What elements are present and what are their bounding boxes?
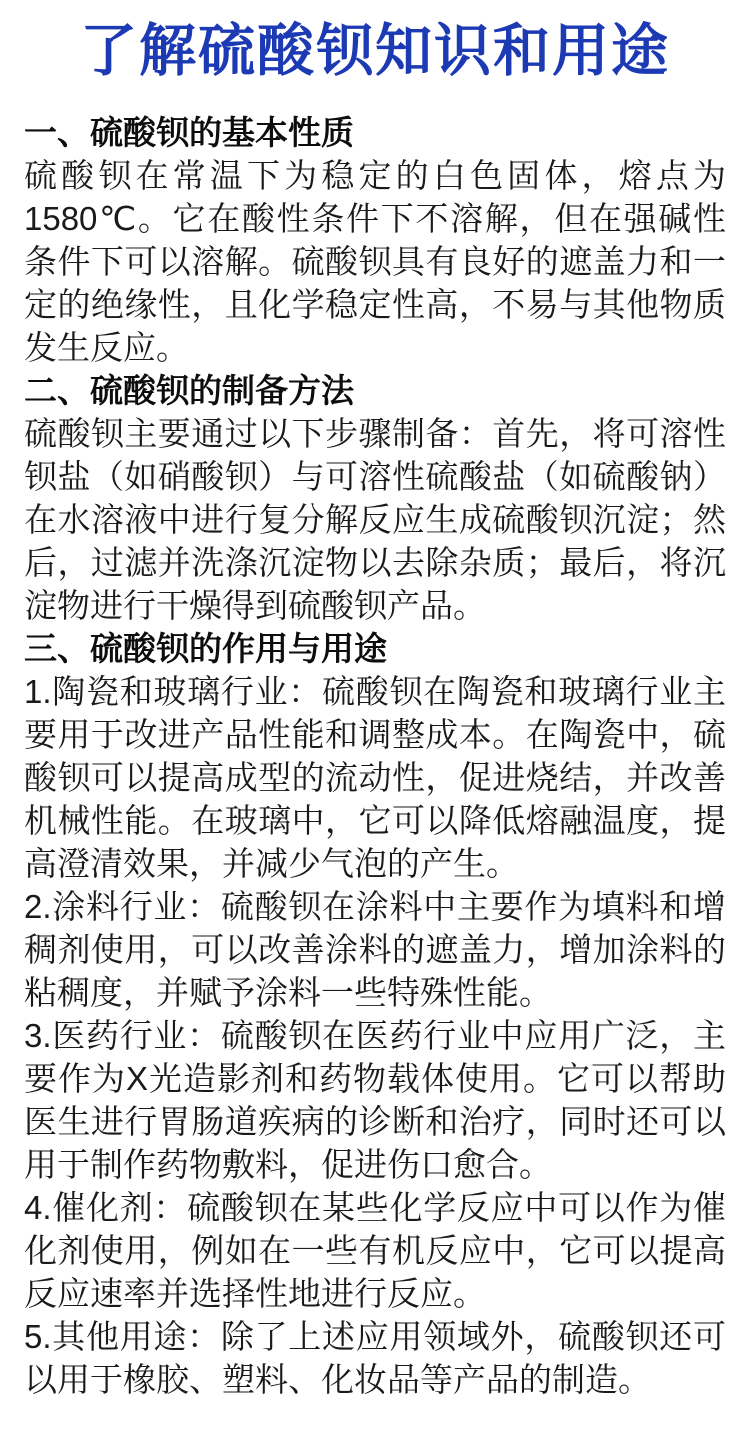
section-paragraph: 硫酸钡在常温下为稳定的白色固体，熔点为1580℃。它在酸性条件下不溶解，但在强碱… [24,154,726,369]
section-basic-properties: 一、硫酸钡的基本性质 硫酸钡在常温下为稳定的白色固体，熔点为1580℃。它在酸性… [24,111,726,369]
section-preparation-method: 二、硫酸钡的制备方法 硫酸钡主要通过以下步骤制备：首先，将可溶性钡盐（如硝酸钡）… [24,369,726,627]
document-page: 了解硫酸钡知识和用途 一、硫酸钡的基本性质 硫酸钡在常温下为稳定的白色固体，熔点… [0,0,750,1431]
section-heading: 三、硫酸钡的作用与用途 [24,627,726,670]
use-case-item-other-uses: 5.其他用途：除了上述应用领域外，硫酸钡还可以用于橡胶、塑料、化妆品等产品的制造… [24,1315,726,1401]
section-functions-and-uses: 三、硫酸钡的作用与用途 1.陶瓷和玻璃行业：硫酸钡在陶瓷和玻璃行业主要用于改进产… [24,627,726,1401]
use-case-item-coatings: 2.涂料行业：硫酸钡在涂料中主要作为填料和增稠剂使用，可以改善涂料的遮盖力，增加… [24,885,726,1014]
section-heading: 一、硫酸钡的基本性质 [24,111,726,154]
section-paragraph: 硫酸钡主要通过以下步骤制备：首先，将可溶性钡盐（如硝酸钡）与可溶性硫酸盐（如硫酸… [24,412,726,627]
use-case-item-pharmaceutical: 3.医药行业：硫酸钡在医药行业中应用广泛，主要作为X光造影剂和药物载体使用。它可… [24,1014,726,1186]
section-heading: 二、硫酸钡的制备方法 [24,369,726,412]
page-title: 了解硫酸钡知识和用途 [24,18,726,85]
use-case-item-catalyst: 4.催化剂：硫酸钡在某些化学反应中可以作为催化剂使用，例如在一些有机反应中，它可… [24,1186,726,1315]
use-case-item-ceramics-glass: 1.陶瓷和玻璃行业：硫酸钡在陶瓷和玻璃行业主要用于改进产品性能和调整成本。在陶瓷… [24,670,726,885]
